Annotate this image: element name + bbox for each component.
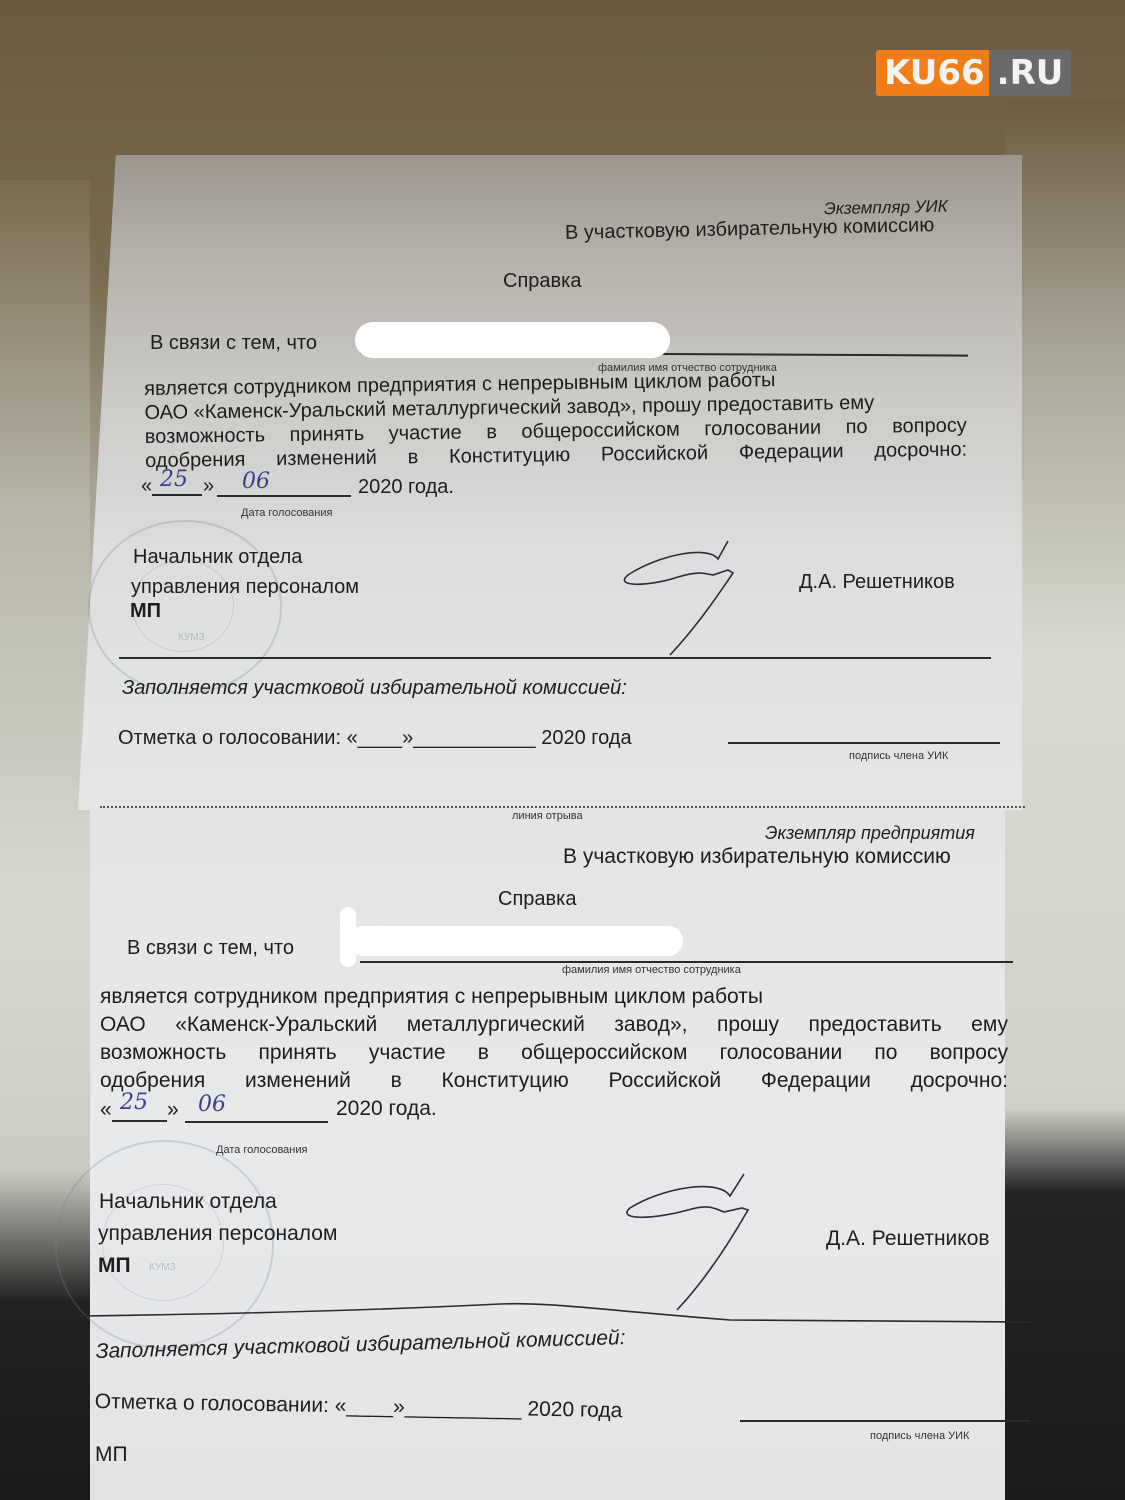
- date-open-quote: «: [100, 1098, 112, 1122]
- logo-part-ru: .RU: [989, 50, 1072, 96]
- month-underline: [185, 1121, 328, 1123]
- tear-line[interactable]: [100, 806, 1025, 808]
- document-title: Справка: [498, 888, 576, 911]
- handwritten-day: 25: [160, 467, 188, 492]
- stamp-text: КУМЗ: [149, 1262, 176, 1273]
- intro-text: В связи с тем, что: [150, 332, 317, 355]
- seal-placeholder-commission: МП: [95, 1443, 128, 1467]
- name-field-line: [360, 961, 1013, 963]
- date-close-quote: »: [203, 475, 214, 498]
- signatory-name: Д.А. Решетников: [826, 1227, 990, 1251]
- day-underline: [112, 1120, 167, 1122]
- redacted-name: [355, 322, 670, 358]
- redacted-name: [348, 926, 683, 956]
- handwritten-month: 06: [242, 469, 270, 494]
- signature-drawing: [622, 1168, 787, 1313]
- signatory-name: Д.А. Решетников: [799, 571, 955, 594]
- date-year: 2020 года.: [358, 476, 454, 499]
- section-divider: [80, 1300, 1035, 1330]
- handwritten-day: 25: [120, 1090, 148, 1115]
- date-close-quote: »: [167, 1098, 179, 1122]
- section-divider: [119, 657, 991, 659]
- signatory-position-line1: Начальник отдела: [133, 546, 302, 569]
- uik-signature-caption: подпись члена УИК: [870, 1430, 969, 1442]
- commission-heading: Заполняется участковой избирательной ком…: [122, 677, 627, 700]
- body-paragraph: является сотрудником предприятия с непре…: [144, 367, 967, 474]
- date-open-quote: «: [141, 475, 152, 498]
- uik-signature-line[interactable]: [728, 742, 1000, 744]
- seal-placeholder: МП: [130, 600, 161, 623]
- signature-drawing: [618, 535, 768, 660]
- ku66-watermark-logo: KU66 .RU: [876, 50, 1071, 96]
- date-caption: Дата голосования: [241, 507, 332, 519]
- addressee: В участковую избирательную комиссию: [563, 845, 951, 869]
- month-underline: [217, 495, 351, 497]
- logo-part-ku66: KU66: [876, 50, 989, 96]
- uik-signature-caption: подпись члена УИК: [849, 750, 948, 762]
- date-year: 2020 года.: [336, 1097, 437, 1121]
- copy-label: Экземпляр предприятия: [765, 823, 975, 844]
- uik-signature-line[interactable]: [740, 1420, 1030, 1422]
- name-field-caption: фамилия имя отчество сотрудника: [562, 964, 741, 976]
- certificate-copy-uik: [78, 155, 1022, 810]
- vote-mark-field[interactable]: Отметка о голосовании: «____»___________…: [118, 727, 632, 750]
- signatory-position-line2: управления персоналом: [131, 576, 359, 599]
- body-line: одобрения изменений в Конституцию Россий…: [100, 1069, 1008, 1097]
- handwritten-month: 06: [198, 1092, 226, 1117]
- background-right: [1005, 100, 1125, 1500]
- tear-line-label: линия отрыва: [512, 810, 583, 822]
- seal-placeholder: МП: [98, 1254, 131, 1278]
- stamp-text: КУМЗ: [178, 632, 205, 643]
- signatory-position-line1: Начальник отдела: [99, 1190, 277, 1214]
- date-caption: Дата голосования: [216, 1144, 307, 1156]
- day-underline: [152, 494, 202, 496]
- body-line: ОАО «Каменск-Уральский металлургический …: [100, 1013, 1008, 1041]
- intro-text: В связи с тем, что: [127, 937, 294, 960]
- vote-mark-field[interactable]: Отметка о голосовании: «____»__________ …: [95, 1390, 623, 1423]
- body-paragraph: является сотрудником предприятия с непре…: [100, 985, 1008, 1097]
- body-line: возможность принять участие в общероссий…: [100, 1041, 1008, 1069]
- signatory-position-line2: управления персоналом: [98, 1222, 337, 1246]
- body-line: является сотрудником предприятия с непре…: [100, 985, 1008, 1013]
- document-title: Справка: [503, 270, 581, 293]
